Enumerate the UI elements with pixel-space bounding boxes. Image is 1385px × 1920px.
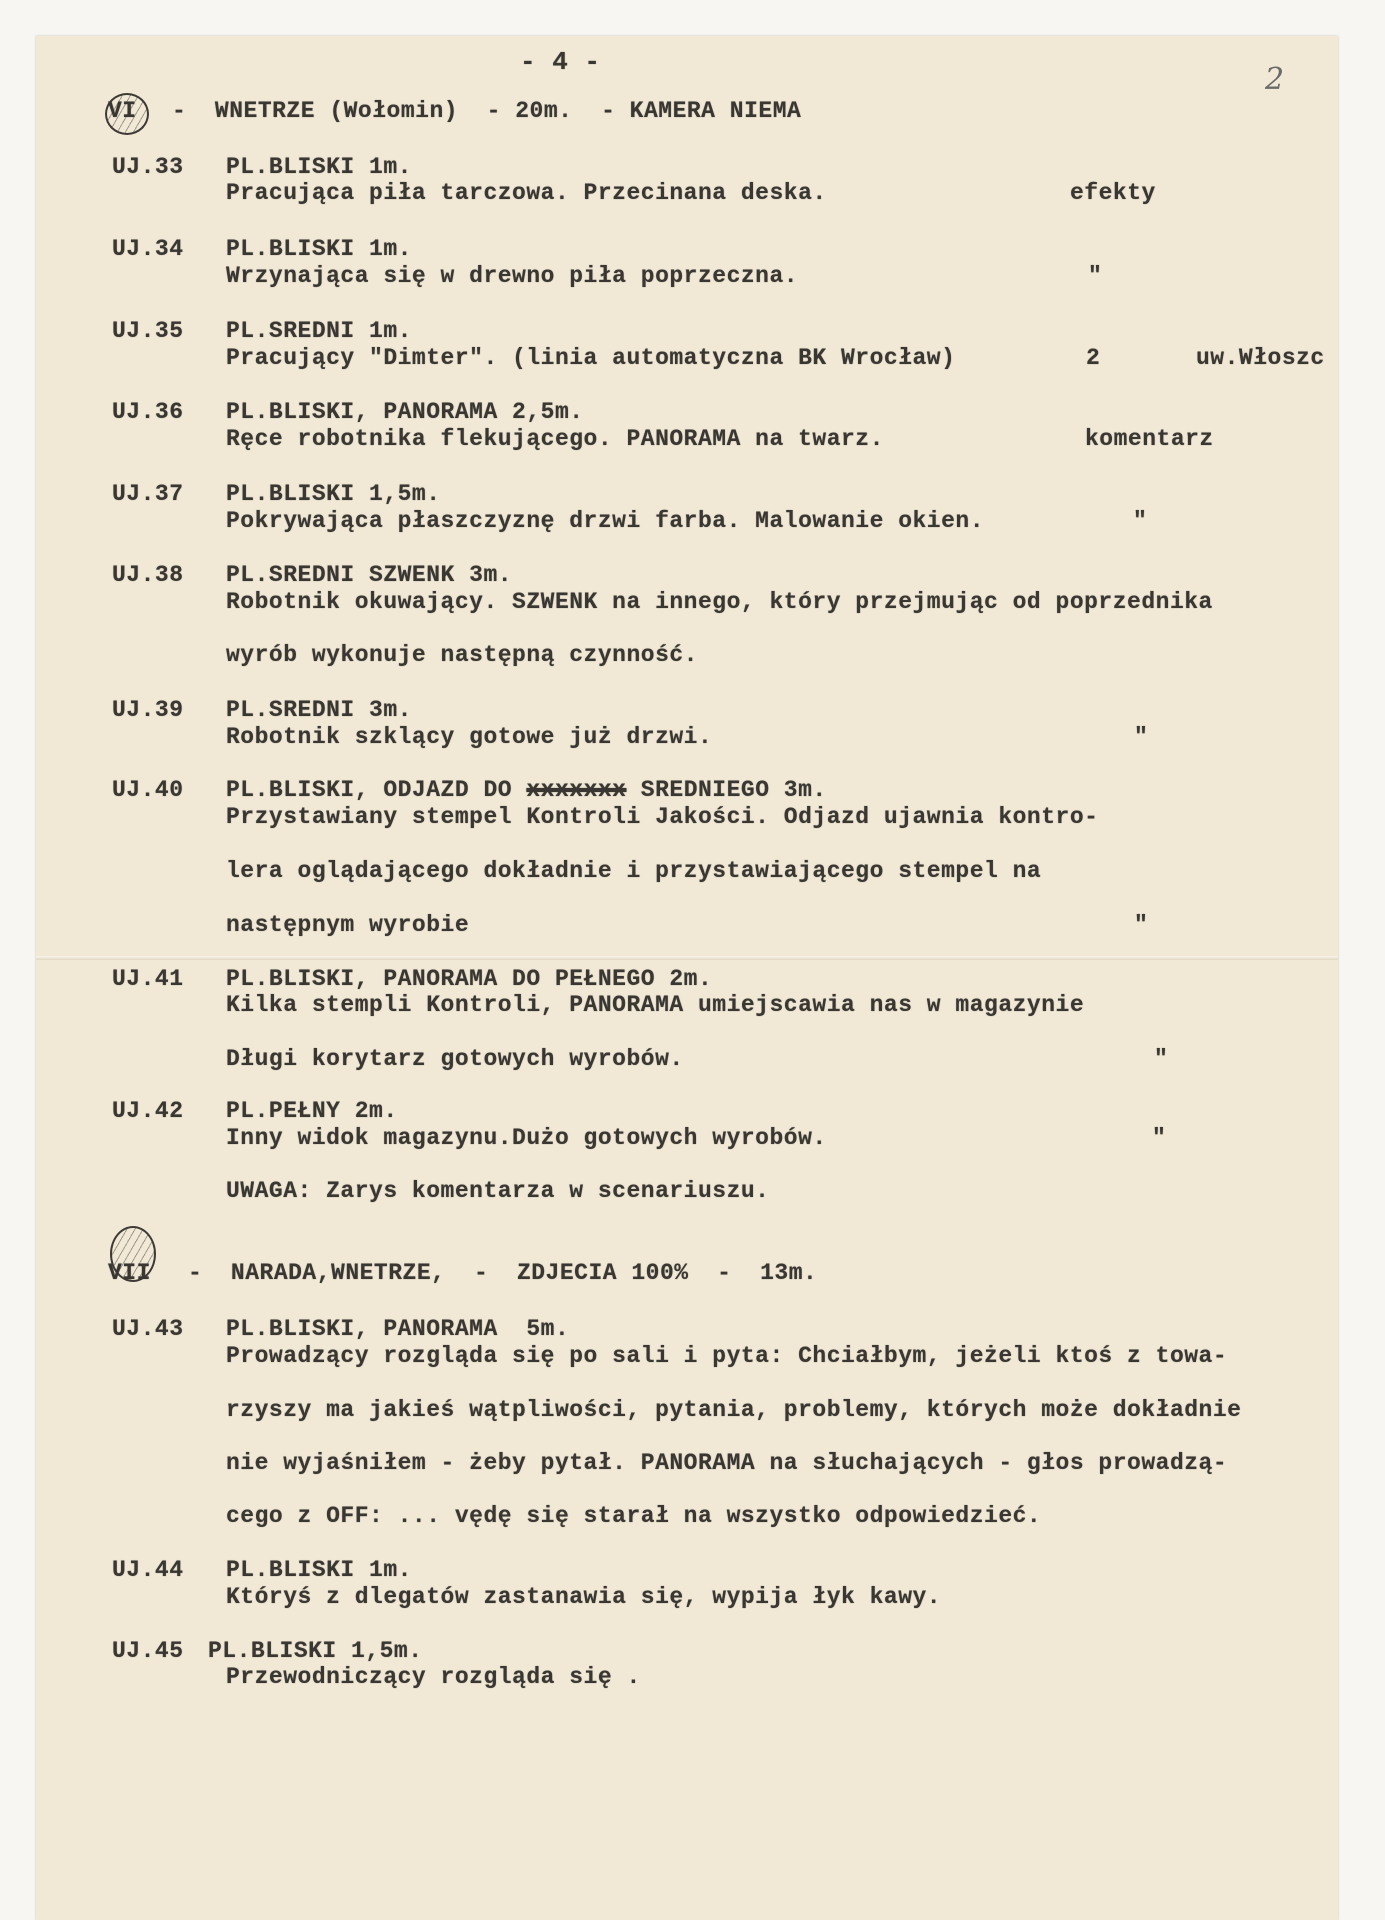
shot-description: lera oglądającego dokładnie i przystawia… <box>226 858 1041 884</box>
shot-description: Przystawiany stempel Kontroli Jakości. O… <box>226 804 1098 830</box>
shot-note: " <box>1154 1046 1168 1072</box>
struck-out-word: xxxxxxx <box>526 777 626 803</box>
shot-note: komentarz <box>1085 426 1214 452</box>
shot-plan: PL.SREDNI 3m. <box>226 697 412 723</box>
page-number: - 4 - <box>520 47 601 77</box>
shot-description: Pokrywająca płaszczyznę drzwi farba. Mal… <box>226 508 984 534</box>
shot-description: nie wyjaśniłem - żeby pytał. PANORAMA na… <box>226 1450 1227 1476</box>
shot-id: UJ.44 <box>112 1557 184 1583</box>
shot-description: Prowadzący rozgląda się po sali i pyta: … <box>226 1343 1227 1369</box>
shot-note-secondary: uw.Włoszc <box>1196 345 1325 371</box>
shot-description: Inny widok magazynu.Dużo gotowych wyrobó… <box>226 1125 827 1151</box>
shot-description: Robotnik okuwający. SZWENK na innego, kt… <box>226 589 1213 615</box>
shot-description: Któryś z dlegatów zastanawia się, wypija… <box>226 1584 941 1610</box>
shot-note: " <box>1134 724 1148 750</box>
shot-plan: PL.BLISKI, PANORAMA DO PEŁNEGO 2m. <box>226 966 712 992</box>
shot-id: UJ.41 <box>112 966 184 992</box>
shot-id: UJ.45 <box>112 1638 184 1664</box>
shot-plan: PL.BLISKI 1m. <box>226 1557 412 1583</box>
shot-description: Wrzynająca się w drewno piła poprzeczna. <box>226 263 798 289</box>
shot-description: rzyszy ma jakieś wątpliwości, pytania, p… <box>226 1397 1241 1423</box>
shot-description: cego z OFF: ... vędę się starał na wszys… <box>226 1503 1041 1529</box>
shot-plan: PL.BLISKI 1m. <box>226 236 412 262</box>
shot-id: UJ.37 <box>112 481 184 507</box>
shot-id: UJ.33 <box>112 154 184 180</box>
shot-id: UJ.34 <box>112 236 184 262</box>
section-vi-roman: VI <box>108 98 137 124</box>
shot-id: UJ.43 <box>112 1316 184 1342</box>
paper-fold-line <box>36 956 1338 960</box>
plan-text: PL.BLISKI, ODJAZD DO <box>226 777 526 803</box>
shot-plan: PL.BLISKI, PANORAMA 5m. <box>226 1316 569 1342</box>
shot-description: Pracujący "Dimter". (linia automatyczna … <box>226 345 955 371</box>
shot-description: Pracująca piła tarczowa. Przecinana desk… <box>226 180 827 206</box>
shot-id: UJ.40 <box>112 777 184 803</box>
shot-plan: PL.BLISKI, ODJAZD DO xxxxxxx SREDNIEGO 3… <box>226 777 827 803</box>
section-vii-header: - NARADA,WNETRZE, - ZDJECIA 100% - 13m. <box>188 1260 817 1286</box>
shot-id: UJ.42 <box>112 1098 184 1124</box>
shot-description: Przewodniczący rozgląda się . <box>226 1664 641 1690</box>
shot-id: UJ.39 <box>112 697 184 723</box>
shot-description: Kilka stempli Kontroli, PANORAMA umiejsc… <box>226 992 1084 1018</box>
shot-plan: PL.BLISKI 1,5m. <box>208 1638 423 1664</box>
plan-text: SREDNIEGO 3m. <box>626 777 826 803</box>
shot-note: efekty <box>1070 180 1156 206</box>
shot-id: UJ.36 <box>112 399 184 425</box>
section-vi-header: - WNETRZE (Wołomin) - 20m. - KAMERA NIEM… <box>172 98 801 124</box>
shot-plan: PL.BLISKI, PANORAMA 2,5m. <box>226 399 584 425</box>
shot-id: UJ.38 <box>112 562 184 588</box>
section-vii-roman: VII <box>108 1260 151 1286</box>
shot-plan: PL.BLISKI 1m. <box>226 154 412 180</box>
shot-description: następnym wyrobie <box>226 912 469 938</box>
shot-description: Robotnik szklący gotowe już drzwi. <box>226 724 712 750</box>
handwritten-page-mark: 2 <box>1265 62 1284 97</box>
shot-description: wyrób wykonuje następną czynność. <box>226 642 698 668</box>
shot-note: " <box>1088 263 1102 289</box>
shot-plan: PL.PEŁNY 2m. <box>226 1098 398 1124</box>
shot-description: Długi korytarz gotowych wyrobów. <box>226 1046 684 1072</box>
shot-plan: PL.SREDNI SZWENK 3m. <box>226 562 512 588</box>
shot-plan: PL.SREDNI 1m. <box>226 318 412 344</box>
shot-note: " <box>1134 912 1148 938</box>
shot-description: Ręce robotnika flekującego. PANORAMA na … <box>226 426 884 452</box>
shot-note: " <box>1133 508 1147 534</box>
shot-id: UJ.35 <box>112 318 184 344</box>
shot-note: 2 <box>1086 345 1100 371</box>
shot-note: " <box>1152 1125 1166 1151</box>
remark: UWAGA: Zarys komentarza w scenariuszu. <box>226 1178 770 1204</box>
shot-plan: PL.BLISKI 1,5m. <box>226 481 441 507</box>
